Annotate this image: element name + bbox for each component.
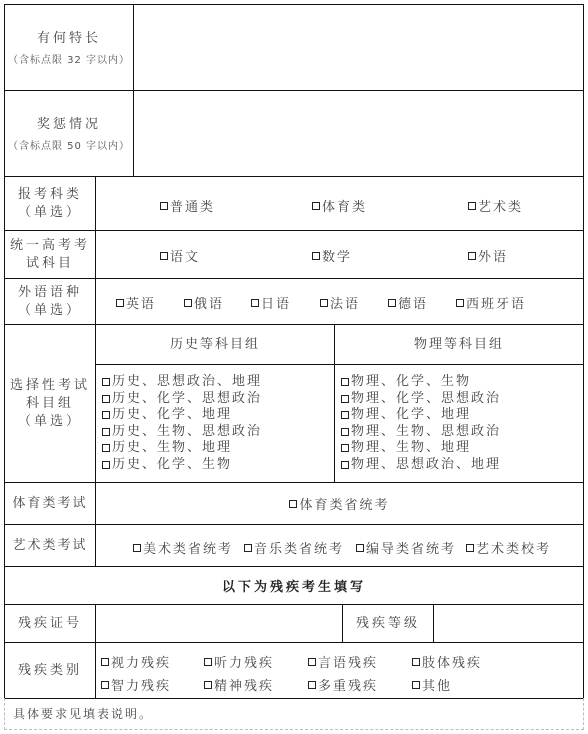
specialty-input[interactable] — [133, 4, 584, 91]
checkbox-music[interactable]: 音乐类省统考 — [244, 538, 344, 557]
checkbox-icon — [102, 461, 110, 469]
awards-label-cell: 奖惩情况 （含标点限 50 字以内） — [4, 90, 134, 177]
specialty-label: 有何特长 — [37, 30, 101, 48]
pe-exam-options: 体育类省统考 — [95, 482, 584, 525]
checkbox-icon — [412, 681, 420, 689]
art-exam-label: 艺术类考试 — [12, 537, 87, 555]
checkbox-history-option[interactable]: 历史、化学、生物 — [102, 457, 232, 474]
foreign-language-label: 外语语种 — [18, 284, 82, 302]
checkbox-icon — [160, 252, 168, 260]
checkbox-icon — [320, 299, 328, 307]
checkbox-fine-arts[interactable]: 美术类省统考 — [133, 538, 233, 557]
specialty-hint: （含标点限 32 字以内） — [8, 51, 130, 66]
checkbox-physical[interactable]: 肢体残疾 — [412, 652, 482, 671]
awards-input[interactable] — [133, 90, 584, 177]
pe-exam-label-cell: 体育类考试 — [4, 482, 96, 525]
disability-type-options: 视力残疾 听力残疾 言语残疾 肢体残疾 智力残疾 精神残疾 多重残疾 其他 — [95, 642, 584, 699]
unified-subjects-label-2: 试科目 — [26, 255, 74, 273]
physics-group-title: 物理等科目组 — [414, 336, 504, 354]
checkbox-icon — [341, 395, 349, 403]
physics-group-header: 物理等科目组 — [334, 324, 584, 365]
exam-category-label-cell: 报考科类 （单选） — [4, 176, 96, 231]
checkbox-art[interactable]: 艺术类 — [468, 196, 523, 215]
checkbox-icon — [102, 444, 110, 452]
foreign-language-single-hint: （单选） — [18, 302, 82, 320]
physics-group-options: 物理、化学、生物 物理、化学、思想政治 物理、化学、地理 物理、生物、思想政治 … — [334, 364, 584, 483]
checkbox-physics-option[interactable]: 物理、化学、地理 — [341, 407, 471, 424]
disability-level-label: 残疾等级 — [356, 615, 420, 633]
checkbox-icon — [356, 544, 364, 552]
checkbox-history-option[interactable]: 历史、化学、地理 — [102, 407, 232, 424]
checkbox-physics-option[interactable]: 物理、化学、思想政治 — [341, 391, 501, 408]
checkbox-icon — [251, 299, 259, 307]
specialty-label-cell: 有何特长 （含标点限 32 字以内） — [4, 4, 134, 91]
unified-subjects-options: 语文 数学 外语 — [95, 230, 584, 279]
checkbox-russian[interactable]: 俄语 — [184, 293, 224, 312]
checkbox-intellectual[interactable]: 智力残疾 — [101, 675, 171, 694]
exam-category-options: 普通类 体育类 艺术类 — [95, 176, 584, 231]
checkbox-icon — [341, 378, 349, 386]
checkbox-art-school-exam[interactable]: 艺术类校考 — [466, 538, 551, 557]
checkbox-icon — [341, 411, 349, 419]
checkbox-english[interactable]: 英语 — [116, 293, 156, 312]
checkbox-icon — [456, 299, 464, 307]
checkbox-physics-option[interactable]: 物理、生物、地理 — [341, 440, 471, 457]
footer-note: 具体要求见填表说明。 — [4, 698, 584, 730]
checkbox-icon — [289, 500, 297, 508]
checkbox-hearing[interactable]: 听力残疾 — [204, 652, 274, 671]
checkbox-speech[interactable]: 言语残疾 — [308, 652, 378, 671]
checkbox-icon — [160, 202, 168, 210]
unified-subjects-label: 统一高考考 — [10, 237, 90, 255]
awards-hint: （含标点限 50 字以内） — [8, 137, 130, 152]
checkbox-icon — [412, 658, 420, 666]
disability-level-input[interactable] — [433, 604, 584, 643]
checkbox-physics-option[interactable]: 物理、生物、思想政治 — [341, 424, 501, 441]
pe-exam-label: 体育类考试 — [12, 495, 87, 513]
checkbox-icon — [204, 681, 212, 689]
foreign-language-label-cell: 外语语种 （单选） — [4, 278, 96, 325]
checkbox-history-option[interactable]: 历史、生物、地理 — [102, 440, 232, 457]
checkbox-icon — [102, 411, 110, 419]
checkbox-icon — [466, 544, 474, 552]
checkbox-icon — [341, 428, 349, 436]
checkbox-icon — [133, 544, 141, 552]
checkbox-icon — [184, 299, 192, 307]
checkbox-icon — [244, 544, 252, 552]
checkbox-chinese[interactable]: 语文 — [160, 246, 200, 265]
checkbox-icon — [341, 461, 349, 469]
checkbox-french[interactable]: 法语 — [320, 293, 360, 312]
history-group-options: 历史、思想政治、地理 历史、化学、思想政治 历史、化学、地理 历史、生物、思想政… — [95, 364, 335, 483]
checkbox-icon — [312, 252, 320, 260]
checkbox-pe-provincial[interactable]: 体育类省统考 — [289, 494, 389, 513]
disability-level-label-cell: 残疾等级 — [342, 604, 434, 643]
checkbox-pe[interactable]: 体育类 — [312, 196, 367, 215]
checkbox-icon — [116, 299, 124, 307]
checkbox-icon — [468, 202, 476, 210]
checkbox-japanese[interactable]: 日语 — [251, 293, 291, 312]
checkbox-icon — [308, 658, 316, 666]
checkbox-icon — [102, 428, 110, 436]
history-group-title: 历史等科目组 — [170, 336, 260, 354]
checkbox-icon — [341, 444, 349, 452]
checkbox-general[interactable]: 普通类 — [160, 196, 215, 215]
checkbox-icon — [312, 202, 320, 210]
disability-type-label-cell: 残疾类别 — [4, 642, 96, 699]
checkbox-visual[interactable]: 视力残疾 — [101, 652, 171, 671]
checkbox-foreign-language[interactable]: 外语 — [468, 246, 508, 265]
checkbox-icon — [204, 658, 212, 666]
checkbox-icon — [308, 681, 316, 689]
checkbox-icon — [468, 252, 476, 260]
awards-label: 奖惩情况 — [37, 116, 101, 134]
checkbox-german[interactable]: 德语 — [388, 293, 428, 312]
checkbox-icon — [388, 299, 396, 307]
art-exam-label-cell: 艺术类考试 — [4, 524, 96, 567]
checkbox-spanish[interactable]: 西班牙语 — [456, 293, 526, 312]
unified-subjects-label-cell: 统一高考考 试科目 — [4, 230, 96, 279]
checkbox-history-option[interactable]: 历史、化学、思想政治 — [102, 391, 262, 408]
exam-category-single-hint: （单选） — [18, 204, 82, 222]
foreign-language-options: 英语 俄语 日语 法语 德语 西班牙语 — [95, 278, 584, 325]
checkbox-multiple[interactable]: 多重残疾 — [308, 675, 378, 694]
disability-cert-input[interactable] — [95, 604, 343, 643]
checkbox-physics-option[interactable]: 物理、化学、生物 — [341, 374, 471, 391]
checkbox-history-option[interactable]: 历史、生物、思想政治 — [102, 424, 262, 441]
checkbox-physics-option[interactable]: 物理、思想政治、地理 — [341, 457, 501, 474]
elective-groups-label-cell: 选择性考试 科目组 （单选） — [4, 324, 96, 483]
checkbox-icon — [101, 658, 109, 666]
exam-category-label: 报考科类 — [18, 186, 82, 204]
elective-groups-label: 选择性考试 — [10, 377, 90, 395]
checkbox-icon — [102, 378, 110, 386]
checkbox-directing[interactable]: 编导类省统考 — [356, 538, 456, 557]
history-group-header: 历史等科目组 — [95, 324, 335, 365]
disability-cert-label: 残疾证号 — [18, 615, 82, 633]
checkbox-other[interactable]: 其他 — [412, 675, 452, 694]
disabled-section-header: 以下为残疾考生填写 — [4, 566, 584, 605]
checkbox-icon — [101, 681, 109, 689]
checkbox-math[interactable]: 数学 — [312, 246, 352, 265]
checkbox-history-option[interactable]: 历史、思想政治、地理 — [102, 374, 262, 391]
disability-type-label: 残疾类别 — [18, 662, 82, 680]
elective-groups-label-2: 科目组 — [26, 395, 74, 413]
disability-cert-label-cell: 残疾证号 — [4, 604, 96, 643]
checkbox-icon — [102, 395, 110, 403]
art-exam-options: 美术类省统考 音乐类省统考 编导类省统考 艺术类校考 — [95, 524, 584, 567]
disabled-section-title: 以下为残疾考生填写 — [222, 576, 366, 595]
checkbox-mental[interactable]: 精神残疾 — [204, 675, 274, 694]
elective-groups-single-hint: （单选） — [18, 413, 82, 431]
